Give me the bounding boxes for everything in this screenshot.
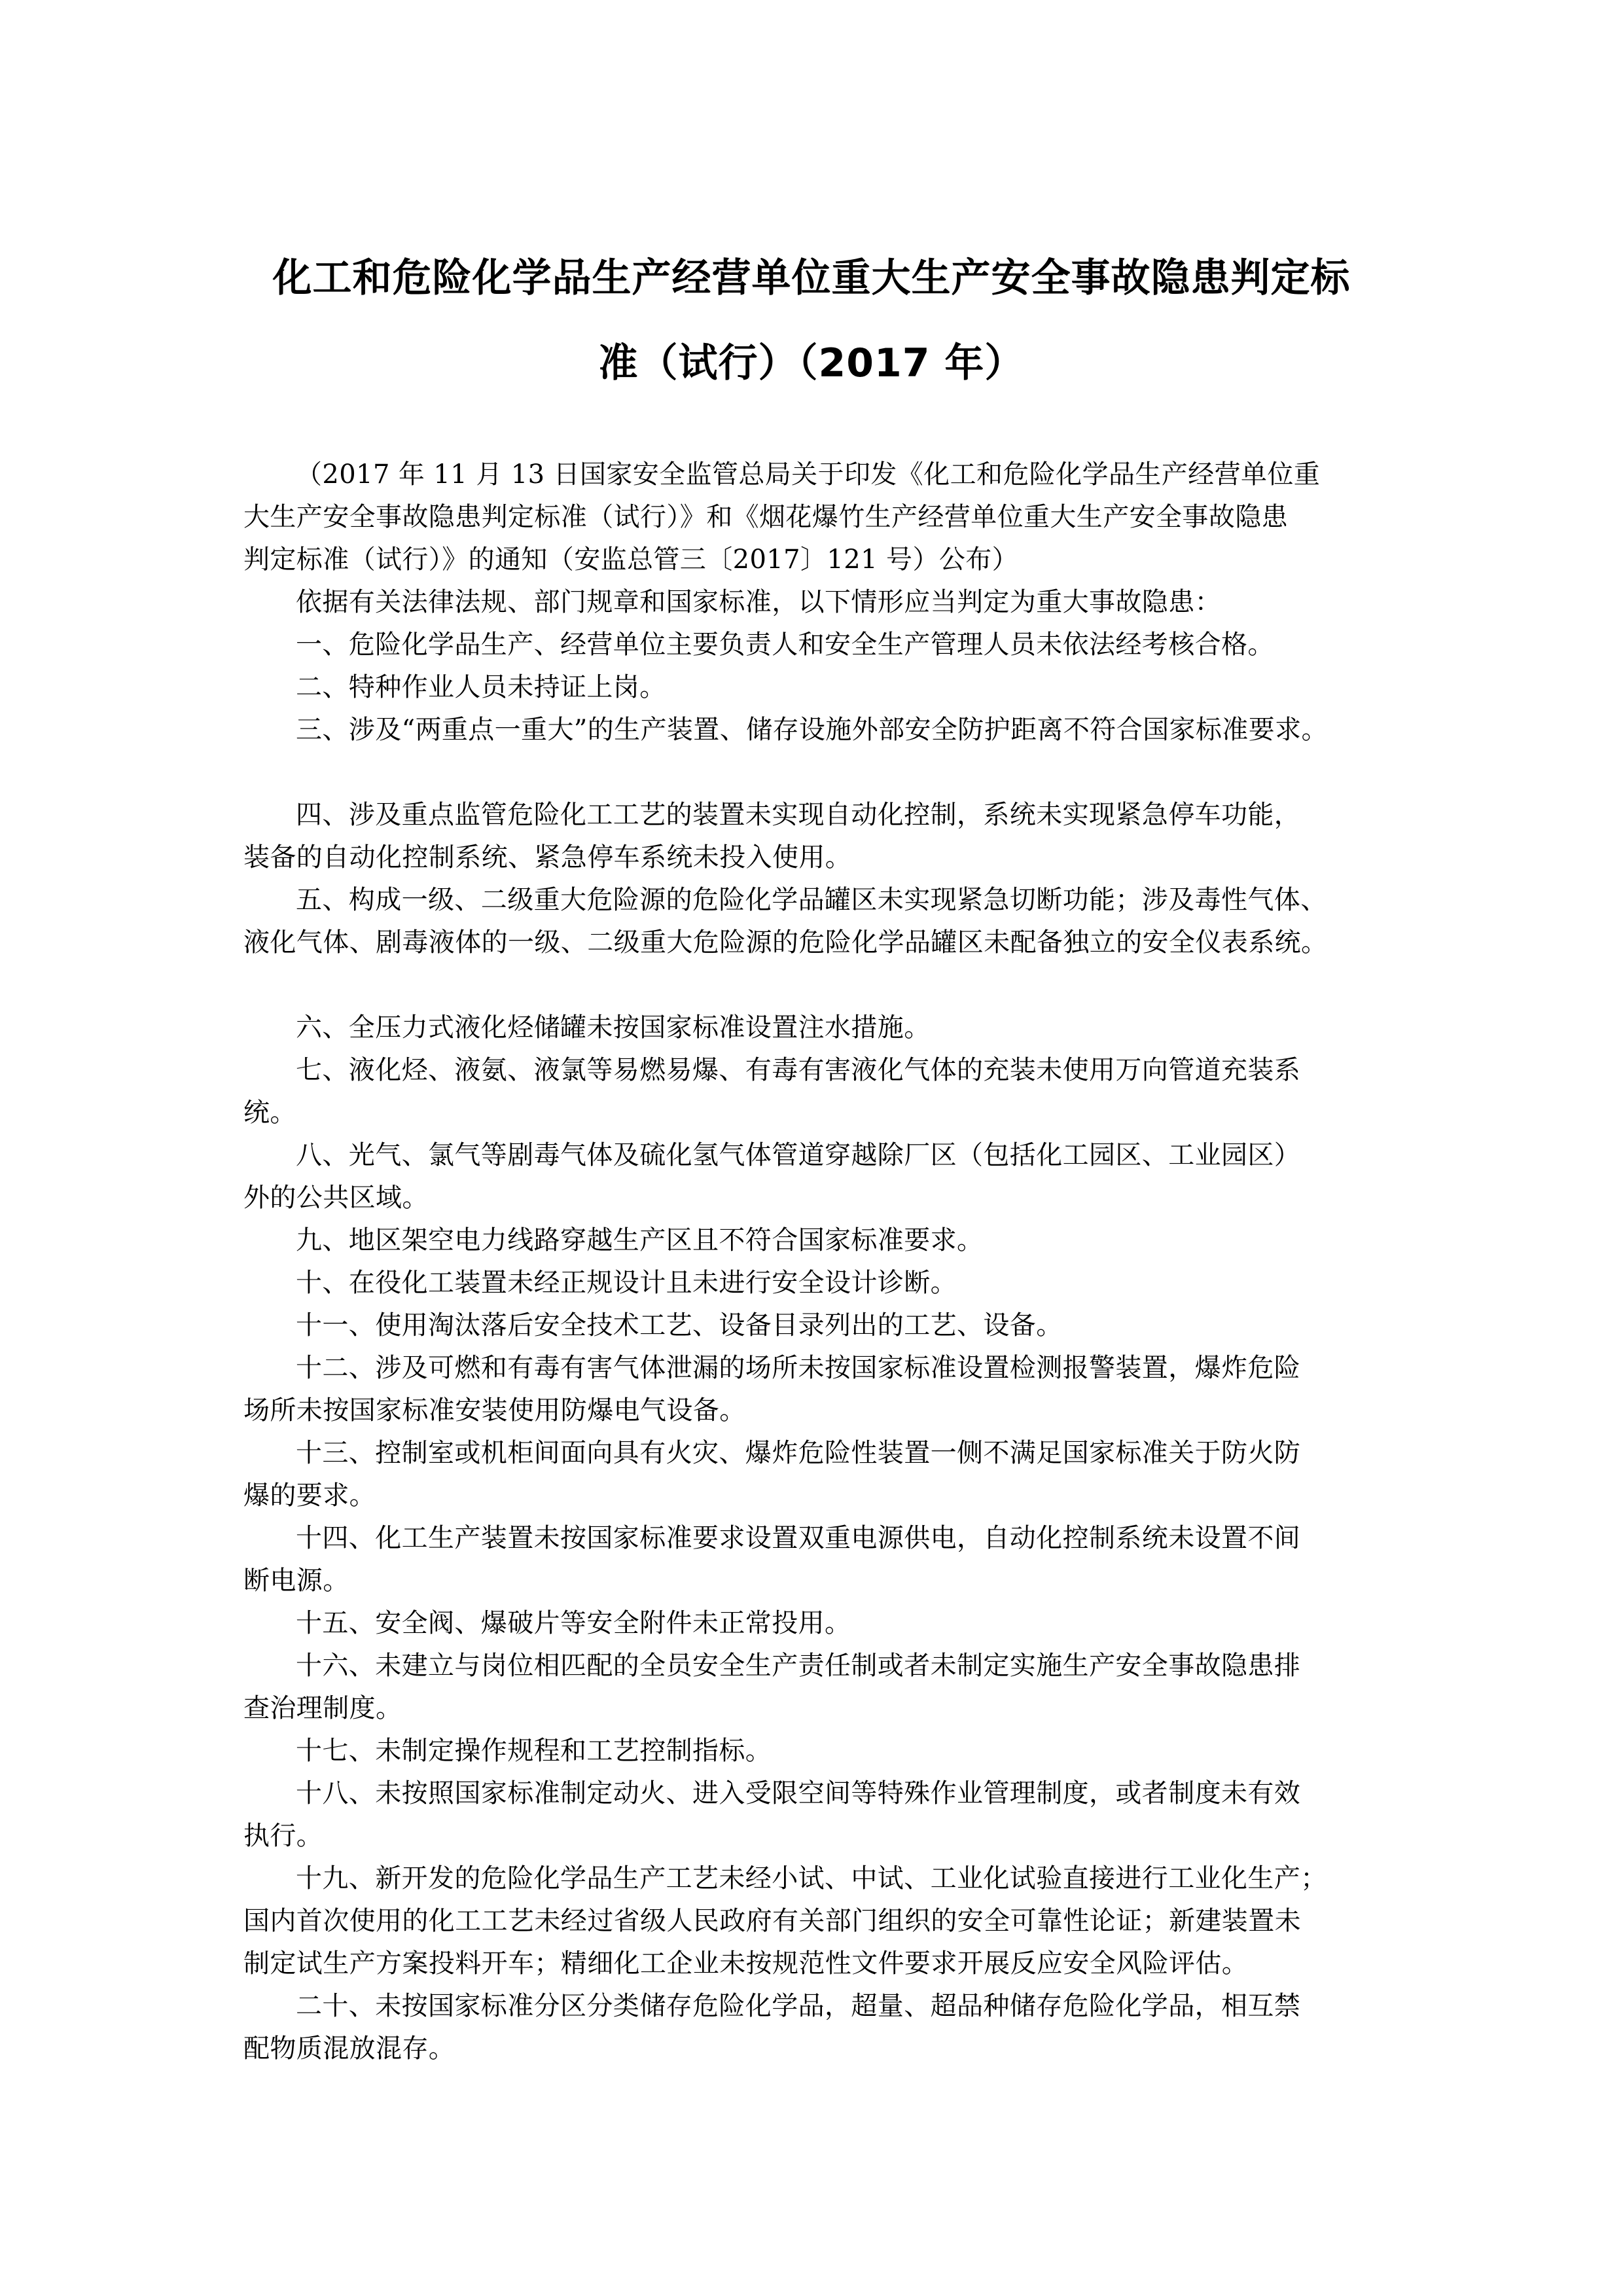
item-3: 三、涉及“两重点一重大”的生产装置、储存设施外部安全防护距离不符合国家标准要求。	[296, 711, 1382, 748]
item-11: 十一、使用淘汰落后安全技术工艺、设备目录列出的工艺、设备。	[296, 1307, 1382, 1344]
item-2: 二、特种作业人员未持证上岗。	[296, 669, 1382, 706]
item-8-line-2: 外的公共区域。	[243, 1179, 1382, 1216]
item-13-line-1: 十三、控制室或机柜间面向具有火灾、爆炸危险性装置一侧不满足国家标准关于防火防	[296, 1435, 1382, 1471]
item-18-line-1: 十八、未按照国家标准制定动火、进入受限空间等特殊作业管理制度，或者制度未有效	[296, 1775, 1382, 1812]
item-5-line-1: 五、构成一级、二级重大危险源的危险化学品罐区未实现紧急切断功能；涉及毒性气体、	[296, 882, 1382, 918]
document-page: 化工和危险化学品生产经营单位重大生产安全事故隐患判定标 准（试行）（2017 年…	[0, 0, 1623, 2296]
item-4-line-1: 四、涉及重点监管危险化工工艺的装置未实现自动化控制，系统未实现紧急停车功能，	[296, 797, 1382, 833]
item-20-line-2: 配物质混放混存。	[243, 2030, 1382, 2067]
item-12-line-1: 十二、涉及可燃和有毒有害气体泄漏的场所未按国家标准设置检测报警装置，爆炸危险	[296, 1350, 1382, 1386]
item-13-line-2: 爆的要求。	[243, 1477, 1382, 1514]
item-4-line-2: 装备的自动化控制系统、紧急停车系统未投入使用。	[243, 839, 1382, 876]
item-15: 十五、安全阀、爆破片等安全附件未正常投用。	[296, 1605, 1382, 1641]
item-7-line-2: 统。	[243, 1094, 1382, 1131]
item-12-line-2: 场所未按国家标准安装使用防爆电气设备。	[243, 1392, 1382, 1429]
item-5-line-2: 液化气体、剧毒液体的一级、二级重大危险源的危险化学品罐区未配备独立的安全仪表系统…	[243, 924, 1382, 961]
item-14-line-2: 断电源。	[243, 1562, 1382, 1599]
item-16-line-2: 查治理制度。	[243, 1690, 1382, 1727]
item-20-line-1: 二十、未按国家标准分区分类储存危险化学品，超量、超品种储存危险化学品，相互禁	[296, 1988, 1382, 2024]
item-17: 十七、未制定操作规程和工艺控制指标。	[296, 1732, 1382, 1769]
item-19-line-1: 十九、新开发的危险化学品生产工艺未经小试、中试、工业化试验直接进行工业化生产；	[296, 1860, 1382, 1897]
document-title-line-2: 准（试行）（2017 年）	[0, 337, 1623, 389]
preamble-line-1: （2017 年 11 月 13 日国家安全监管总局关于印发《化工和危险化学品生产…	[296, 456, 1382, 493]
intro-paragraph: 依据有关法律法规、部门规章和国家标准，以下情形应当判定为重大事故隐患：	[296, 584, 1382, 620]
document-title-line-1: 化工和危险化学品生产经营单位重大生产安全事故隐患判定标	[0, 252, 1623, 304]
item-8-line-1: 八、光气、氯气等剧毒气体及硫化氢气体管道穿越除厂区（包括化工园区、工业园区）	[296, 1137, 1382, 1174]
item-19-line-3: 制定试生产方案投料开车；精细化工企业未按规范性文件要求开展反应安全风险评估。	[243, 1945, 1382, 1982]
item-1: 一、危险化学品生产、经营单位主要负责人和安全生产管理人员未依法经考核合格。	[296, 626, 1382, 663]
item-19-line-2: 国内首次使用的化工工艺未经过省级人民政府有关部门组织的安全可靠性论证；新建装置未	[243, 1903, 1382, 1939]
item-6: 六、全压力式液化烃储罐未按国家标准设置注水措施。	[296, 1009, 1382, 1046]
item-18-line-2: 执行。	[243, 1818, 1382, 1854]
item-16-line-1: 十六、未建立与岗位相匹配的全员安全生产责任制或者未制定实施生产安全事故隐患排	[296, 1647, 1382, 1684]
item-7-line-1: 七、液化烃、液氨、液氯等易燃易爆、有毒有害液化气体的充装未使用万向管道充装系	[296, 1052, 1382, 1088]
item-14-line-1: 十四、化工生产装置未按国家标准要求设置双重电源供电，自动化控制系统未设置不间	[296, 1520, 1382, 1556]
item-9: 九、地区架空电力线路穿越生产区且不符合国家标准要求。	[296, 1222, 1382, 1259]
item-10: 十、在役化工装置未经正规设计且未进行安全设计诊断。	[296, 1265, 1382, 1301]
preamble-line-3: 判定标准（试行）》的通知（安监总管三〔2017〕121 号）公布）	[243, 541, 1382, 578]
preamble-line-2: 大生产安全事故隐患判定标准（试行）》和《烟花爆竹生产经营单位重大生产安全事故隐患	[243, 499, 1382, 535]
